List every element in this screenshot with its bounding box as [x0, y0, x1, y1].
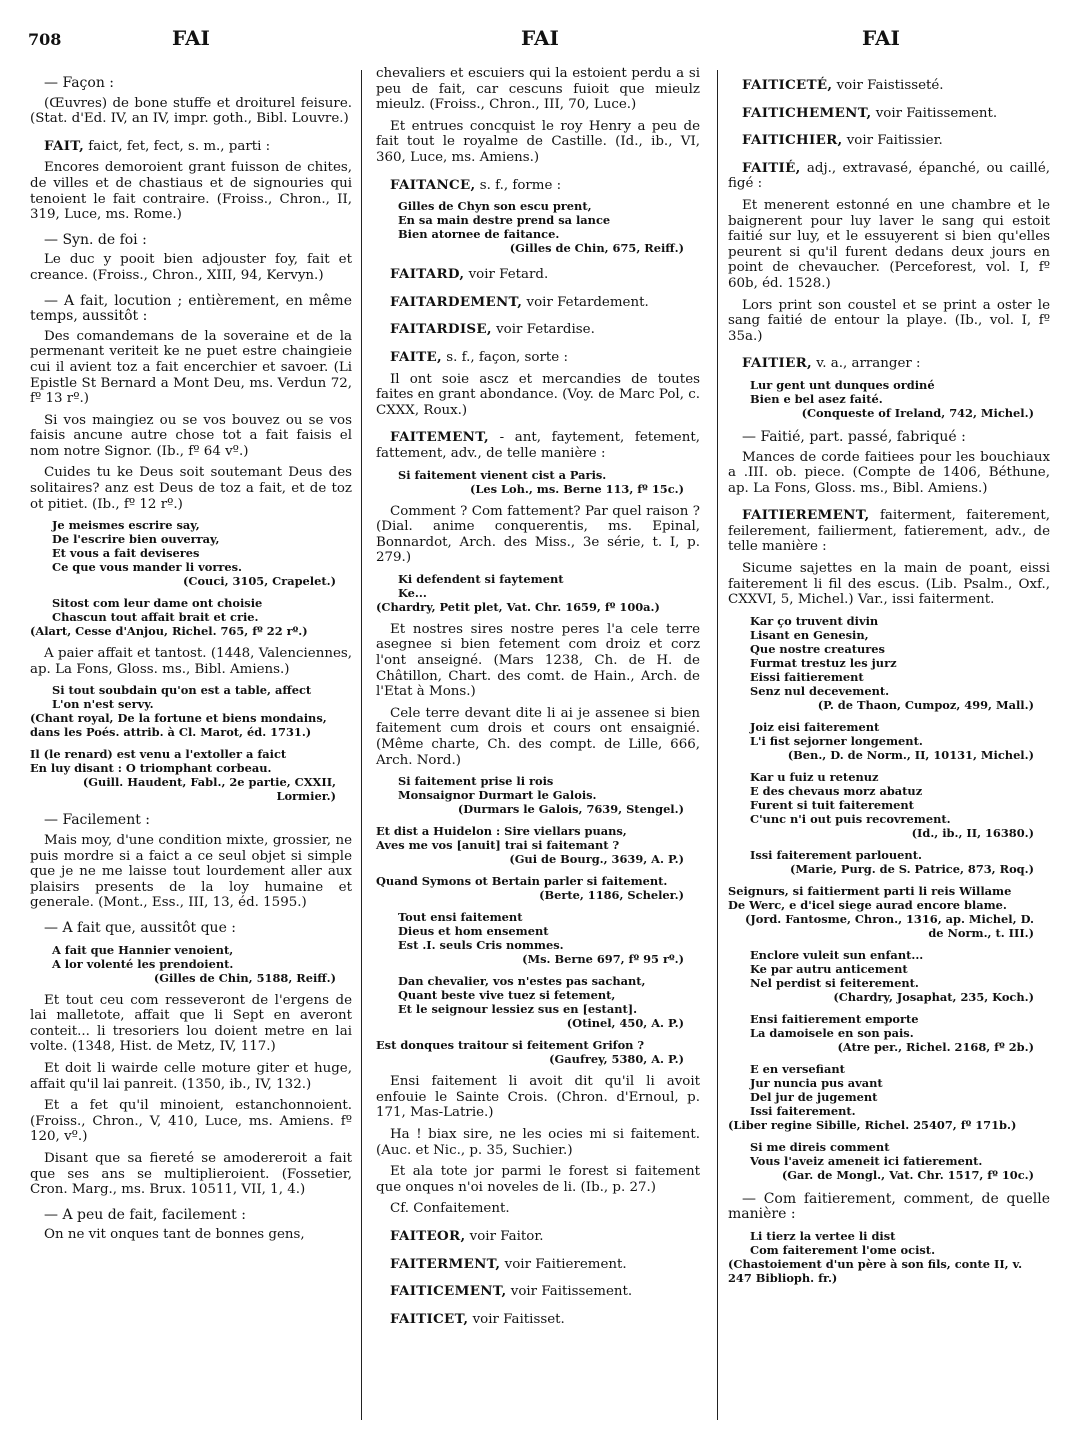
- dictionary-entry: FAITICET, voir Faitisset.: [376, 1312, 700, 1328]
- verse-quotation: Il (le renard) est venu a l'extoller a f…: [30, 747, 352, 803]
- verse-quotation: Seignurs, si faitierment parti li reis W…: [728, 884, 1050, 940]
- dictionary-entry: FAITICHIER, voir Faitissier.: [728, 133, 1050, 149]
- dictionary-entry: FAITARD, voir Fetard.: [376, 267, 700, 283]
- citation-paragraph: Lors print son coustel et se print a ost…: [728, 298, 1050, 345]
- verse-quotation: Ki defendent si faytementKe...(Chardry, …: [376, 572, 700, 614]
- citation-paragraph: Et menerent estonné en une chambre et le…: [728, 198, 1050, 292]
- subsense-heading: — A fait que, aussitôt que :: [30, 921, 352, 937]
- entry-definition: s. f., forme :: [475, 178, 561, 193]
- dictionary-entry: FAITICHEMENT, voir Faitissement.: [728, 106, 1050, 122]
- verse-quotation: Gilles de Chyn son escu prent,En sa main…: [376, 199, 700, 255]
- running-head-left: FAI: [172, 26, 210, 50]
- source-reference: (P. de Thaon, Cumpoz, 499, Mall.): [728, 698, 1050, 712]
- verse-quotation: Si faitement prise li roisMonsaignor Dur…: [376, 774, 700, 816]
- entry-definition: faict, fet, fect, s. m., parti :: [84, 139, 270, 154]
- dictionary-entry: FAIT, faict, fet, fect, s. m., parti :: [30, 139, 352, 155]
- citation-paragraph: (Œuvres) de bone stuffe et droiturel fei…: [30, 96, 352, 127]
- citation-paragraph: Et tout ceu com resseveront de l'ergens …: [30, 993, 352, 1055]
- headword: FAITIEREMENT,: [742, 507, 869, 523]
- source-reference: (Chardry, Petit plet, Vat. Chr. 1659, fº…: [376, 600, 700, 614]
- verse-quotation: Kar u fuiz u retenuzE des chevaus morz a…: [728, 770, 1050, 840]
- dictionary-entry: FAITIÉ, adj., extravasé, épanché, ou cai…: [728, 161, 1050, 192]
- source-reference: (Id., ib., II, 16380.): [728, 826, 1050, 840]
- verse-quotation: Quand Symons ot Bertain parler si faitem…: [376, 874, 700, 902]
- citation-paragraph: Disant que sa fiereté se amodereroit a f…: [30, 1151, 352, 1198]
- entry-definition: voir Faitor.: [465, 1229, 543, 1244]
- verse-line: Furmat trestuz les jurz: [728, 656, 1050, 670]
- entry-definition: voir Fetardise.: [492, 322, 595, 337]
- verse-line: Bien atornee de faitance.: [376, 227, 700, 241]
- source-reference: (Otinel, 450, A. P.): [376, 1016, 700, 1030]
- subsense-heading: — Faitié, part. passé, fabriqué :: [728, 430, 1050, 446]
- verse-line: Ce que vous mander li vorres.: [30, 560, 352, 574]
- verse-line: Est .I. seuls Cris nommes.: [376, 938, 700, 952]
- verse-line: Vous l'aveiz ameneit ici fatierement.: [728, 1154, 1050, 1168]
- verse-line: E en versefiant: [728, 1062, 1050, 1076]
- source-reference: (Alart, Cesse d'Anjou, Richel. 765, fº 2…: [30, 624, 352, 638]
- entry-definition: voir Fetard.: [464, 267, 548, 282]
- subsense-heading: — A peu de fait, facilement :: [30, 1208, 352, 1224]
- source-reference: (Jord. Fantosme, Chron., 1316, ap. Miche…: [728, 912, 1050, 940]
- citation-paragraph: Cuides tu ke Deus soit soutemant Deus de…: [30, 465, 352, 512]
- verse-line: En sa main destre prend sa lance: [376, 213, 700, 227]
- source-reference: (Ben., D. de Norm., II, 10131, Michel.): [728, 748, 1050, 762]
- verse-line: Et vous a fait deviseres: [30, 546, 352, 560]
- source-reference: (Chant royal, De la fortune et biens mon…: [30, 711, 352, 739]
- citation-paragraph: Il ont soie ascz et mercandies de toutes…: [376, 372, 700, 419]
- source-reference: (Chardry, Josaphat, 235, Koch.): [728, 990, 1050, 1004]
- verse-line: Est donques traitour si feitement Grifon…: [376, 1038, 700, 1052]
- citation-paragraph: Cf. Confaitement.: [376, 1201, 700, 1217]
- source-reference: (Gar. de Mongl., Vat. Chr. 1517, fº 10c.…: [728, 1168, 1050, 1182]
- headword: FAITE,: [390, 349, 442, 365]
- citation-paragraph: Et ala tote jor parmi le forest si faite…: [376, 1164, 700, 1195]
- dictionary-entry: FAITICETÉ, voir Faistisseté.: [728, 78, 1050, 94]
- entry-definition: voir Faitisset.: [468, 1312, 564, 1327]
- citation-paragraph: Le duc y pooit bien adjouster foy, fait …: [30, 252, 352, 283]
- verse-line: A lor volenté les prendoient.: [30, 957, 352, 971]
- verse-line: L'i fist sejorner longement.: [728, 734, 1050, 748]
- source-reference: (Chastoiement d'un père à son fils, cont…: [728, 1257, 1050, 1285]
- running-head-center: FAI: [521, 26, 559, 50]
- source-reference: (Guill. Haudent, Fabl., 2e partie, CXXII…: [30, 775, 352, 803]
- source-reference: (Gaufrey, 5380, A. P.): [376, 1052, 700, 1066]
- verse-line: Chascun tout affait brait et crie.: [30, 610, 352, 624]
- source-reference: (Atre per., Richel. 2168, fº 2b.): [728, 1040, 1050, 1054]
- source-reference: (Berte, 1186, Scheler.): [376, 888, 700, 902]
- verse-line: Li tierz la vertee li dist: [728, 1229, 1050, 1243]
- verse-line: Dan chevalier, vos n'estes pas sachant,: [376, 974, 700, 988]
- verse-line: Eissi faitierement: [728, 670, 1050, 684]
- headword: FAITICET,: [390, 1311, 468, 1327]
- entry-definition: voir Faitissement.: [871, 106, 997, 121]
- subsense-heading: — Façon :: [30, 76, 352, 92]
- verse-line: Senz nul decevement.: [728, 684, 1050, 698]
- dictionary-entry: FAITEOR, voir Faitor.: [376, 1229, 700, 1245]
- subsense-heading: — Com faitierement, comment, de quelle m…: [728, 1192, 1050, 1223]
- verse-line: Issi faiterement parlouent.: [728, 848, 1050, 862]
- verse-quotation: Si faitement vienent cist a Paris.(Les L…: [376, 468, 700, 496]
- verse-line: Si me direis comment: [728, 1140, 1050, 1154]
- verse-line: Furent si tuit faiterement: [728, 798, 1050, 812]
- citation-paragraph: Des comandemans de la soveraine et de la…: [30, 329, 352, 407]
- headword: FAITICETÉ,: [742, 77, 832, 93]
- source-reference: (Liber regine Sibille, Richel. 25407, fº…: [728, 1118, 1050, 1132]
- verse-line: Enclore vuleit sun enfant...: [728, 948, 1050, 962]
- dictionary-entry: FAITARDEMENT, voir Fetardement.: [376, 295, 700, 311]
- citation-paragraph: On ne vit onques tant de bonnes gens,: [30, 1227, 352, 1243]
- verse-line: De l'escrire bien ouverray,: [30, 532, 352, 546]
- dictionary-entry: FAITEMENT, - ant, faytement, fetement, f…: [376, 430, 700, 461]
- dictionary-entry: FAITE, s. f., façon, sorte :: [376, 350, 700, 366]
- verse-line: Kar ço truvent divin: [728, 614, 1050, 628]
- verse-quotation: Joiz eisi faiterementL'i fist sejorner l…: [728, 720, 1050, 762]
- citation-paragraph: Mais moy, d'une condition mixte, grossie…: [30, 833, 352, 911]
- verse-line: E des chevaus morz abatuz: [728, 784, 1050, 798]
- headword: FAITIER,: [742, 355, 812, 371]
- verse-line: Tout ensi faitement: [376, 910, 700, 924]
- citation-paragraph: Et nostres sires nostre peres l'a cele t…: [376, 622, 700, 700]
- citation-paragraph: Mances de corde faitiees pour les bouchi…: [728, 450, 1050, 497]
- subsense-heading: — A fait, locution ; entièrement, en mêm…: [30, 294, 352, 325]
- headword: FAITIÉ,: [742, 160, 801, 176]
- column-3: FAITICETÉ, voir Faistisseté.FAITICHEMENT…: [728, 66, 1050, 1293]
- verse-line: Ensi faitierement emporte: [728, 1012, 1050, 1026]
- verse-quotation: Lur gent unt dunques ordinéBien e bel as…: [728, 378, 1050, 420]
- source-reference: (Couci, 3105, Crapelet.): [30, 574, 352, 588]
- headword: FAITICHEMENT,: [742, 105, 871, 121]
- verse-line: En luy disant : O triomphant corbeau.: [30, 761, 352, 775]
- verse-line: Quand Symons ot Bertain parler si faitem…: [376, 874, 700, 888]
- verse-line: Ki defendent si faytement: [376, 572, 700, 586]
- verse-quotation: Est donques traitour si feitement Grifon…: [376, 1038, 700, 1066]
- verse-quotation: Dan chevalier, vos n'estes pas sachant,Q…: [376, 974, 700, 1030]
- headword: FAITEMENT,: [390, 429, 489, 445]
- subsense-heading: — Facilement :: [30, 813, 352, 829]
- verse-line: Il (le renard) est venu a l'extoller a f…: [30, 747, 352, 761]
- verse-line: Com faiterement l'ome ocist.: [728, 1243, 1050, 1257]
- citation-paragraph: A paier affait et tantost. (1448, Valenc…: [30, 646, 352, 677]
- headword: FAITARD,: [390, 266, 464, 282]
- verse-quotation: A fait que Hannier venoient,A lor volent…: [30, 943, 352, 985]
- source-reference: (Conqueste of Ireland, 742, Michel.): [728, 406, 1050, 420]
- source-reference: (Marie, Purg. de S. Patrice, 873, Roq.): [728, 862, 1050, 876]
- entry-definition: v. a., arranger :: [812, 356, 921, 371]
- verse-quotation: Kar ço truvent divinLisant en Genesin,Qu…: [728, 614, 1050, 712]
- column-1: — Façon :(Œuvres) de bone stuffe et droi…: [30, 66, 352, 1249]
- verse-line: Sitost com leur dame ont choisie: [30, 596, 352, 610]
- verse-line: Monsaignor Durmart le Galois.: [376, 788, 700, 802]
- citation-paragraph: Encores demoroient grant fuisson de chit…: [30, 160, 352, 222]
- entry-definition: voir Faitissier.: [842, 133, 942, 148]
- verse-quotation: Issi faiterement parlouent.(Marie, Purg.…: [728, 848, 1050, 876]
- verse-line: De Werc, e d'icel siege aurad encore bla…: [728, 898, 1050, 912]
- citation-paragraph: Comment ? Com fattement? Par quel raison…: [376, 504, 700, 566]
- verse-quotation: Et dist a Huidelon : Sire viellars puans…: [376, 824, 700, 866]
- citation-paragraph: Sicume sajettes en la main de poant, eis…: [728, 561, 1050, 608]
- verse-line: Si faitement prise li rois: [376, 774, 700, 788]
- dictionary-entry: FAITICEMENT, voir Faitissement.: [376, 1284, 700, 1300]
- entry-definition: s. f., façon, sorte :: [442, 350, 568, 365]
- verse-line: A fait que Hannier venoient,: [30, 943, 352, 957]
- source-reference: (Gilles de Chin, 5188, Reiff.): [30, 971, 352, 985]
- verse-line: Si faitement vienent cist a Paris.: [376, 468, 700, 482]
- citation-paragraph: Ha ! biax sire, ne les ocies mi si faite…: [376, 1127, 700, 1158]
- source-reference: (Ms. Berne 697, fº 95 rº.): [376, 952, 700, 966]
- source-reference: (Durmars le Galois, 7639, Stengel.): [376, 802, 700, 816]
- verse-line: Je meismes escrire say,: [30, 518, 352, 532]
- headword: FAITARDISE,: [390, 321, 492, 337]
- citation-paragraph: Ensi faitement li avoit dit qu'il li avo…: [376, 1074, 700, 1121]
- source-reference: (Les Loh., ms. Berne 113, fº 15c.): [376, 482, 700, 496]
- verse-line: Dieus et hom ensement: [376, 924, 700, 938]
- verse-line: Kar u fuiz u retenuz: [728, 770, 1050, 784]
- dictionary-entry: FAITANCE, s. f., forme :: [376, 178, 700, 194]
- verse-line: Lisant en Genesin,: [728, 628, 1050, 642]
- verse-quotation: Tout ensi faitementDieus et hom ensement…: [376, 910, 700, 966]
- verse-quotation: Je meismes escrire say,De l'escrire bien…: [30, 518, 352, 588]
- verse-line: Nel perdist si feiterement.: [728, 976, 1050, 990]
- verse-line: Que nostre creatures: [728, 642, 1050, 656]
- headword: FAITICEMENT,: [390, 1283, 507, 1299]
- citation-paragraph: Et doit li wairde celle moture giter et …: [30, 1061, 352, 1092]
- citation-paragraph: Cele terre devant dite li ai je assenee …: [376, 706, 700, 768]
- verse-line: La damoisele en son pais.: [728, 1026, 1050, 1040]
- column-rule: [361, 70, 362, 1420]
- verse-quotation: Enclore vuleit sun enfant...Ke par autru…: [728, 948, 1050, 1004]
- verse-quotation: Ensi faitierement emporteLa damoisele en…: [728, 1012, 1050, 1054]
- entry-definition: voir Faitissement.: [507, 1284, 633, 1299]
- verse-quotation: Si me direis commentVous l'aveiz ameneit…: [728, 1140, 1050, 1182]
- citation-paragraph: Et entrues concquist le roy Henry a peu …: [376, 119, 700, 166]
- verse-quotation: Si tout soubdain qu'on est a table, affe…: [30, 683, 352, 739]
- subsense-heading: — Syn. de foi :: [30, 233, 352, 249]
- column-2: chevaliers et escuiers qui la estoient p…: [376, 66, 700, 1333]
- verse-line: Aves me vos [anuit] trai si faitemant ?: [376, 838, 700, 852]
- headword: FAITARDEMENT,: [390, 294, 522, 310]
- verse-line: Issi faiterement.: [728, 1104, 1050, 1118]
- verse-line: Seignurs, si faitierment parti li reis W…: [728, 884, 1050, 898]
- verse-line: Gilles de Chyn son escu prent,: [376, 199, 700, 213]
- verse-quotation: E en versefiantJur nuncia pus avantDel j…: [728, 1062, 1050, 1132]
- verse-line: Ke...: [376, 586, 700, 600]
- verse-line: Quant beste vive tuez si fetement,: [376, 988, 700, 1002]
- verse-line: Joiz eisi faiterement: [728, 720, 1050, 734]
- entry-definition: voir Faitierement.: [500, 1257, 626, 1272]
- verse-line: Ke par autru anticement: [728, 962, 1050, 976]
- headword: FAIT,: [44, 138, 84, 154]
- verse-line: Lur gent unt dunques ordiné: [728, 378, 1050, 392]
- dictionary-entry: FAITARDISE, voir Fetardise.: [376, 322, 700, 338]
- verse-line: C'unc n'i out puis recovrement.: [728, 812, 1050, 826]
- verse-line: Si tout soubdain qu'on est a table, affe…: [30, 683, 352, 697]
- running-head-right: FAI: [862, 26, 900, 50]
- citation-paragraph: Et a fet qu'il minoient, estanchonnoient…: [30, 1098, 352, 1145]
- verse-line: L'on n'est servy.: [30, 697, 352, 711]
- headword: FAITANCE,: [390, 177, 475, 193]
- verse-quotation: Sitost com leur dame ont choisieChascun …: [30, 596, 352, 638]
- verse-line: Del jur de jugement: [728, 1090, 1050, 1104]
- entry-definition: voir Fetardement.: [522, 295, 648, 310]
- entry-definition: voir Faistisseté.: [832, 78, 943, 93]
- verse-quotation: Li tierz la vertee li distCom faiteremen…: [728, 1229, 1050, 1285]
- headword: FAITERMENT,: [390, 1256, 500, 1272]
- source-reference: (Gilles de Chin, 675, Reiff.): [376, 241, 700, 255]
- dictionary-entry: FAITIER, v. a., arranger :: [728, 356, 1050, 372]
- headword: FAITICHIER,: [742, 132, 842, 148]
- citation-paragraph: Si vos maingiez ou se vos bouvez ou se v…: [30, 413, 352, 460]
- dictionary-entry: FAITIEREMENT, faiterment, faiterement, f…: [728, 508, 1050, 555]
- verse-line: Et dist a Huidelon : Sire viellars puans…: [376, 824, 700, 838]
- page-number: 708: [28, 30, 61, 49]
- verse-line: Et le seignour lessiez sus en [estant].: [376, 1002, 700, 1016]
- headword: FAITEOR,: [390, 1228, 465, 1244]
- dictionary-entry: FAITERMENT, voir Faitierement.: [376, 1257, 700, 1273]
- verse-line: Jur nuncia pus avant: [728, 1076, 1050, 1090]
- source-reference: (Gui de Bourg., 3639, A. P.): [376, 852, 700, 866]
- verse-line: Bien e bel asez faité.: [728, 392, 1050, 406]
- citation-paragraph: chevaliers et escuiers qui la estoient p…: [376, 66, 700, 113]
- column-rule: [717, 70, 718, 1420]
